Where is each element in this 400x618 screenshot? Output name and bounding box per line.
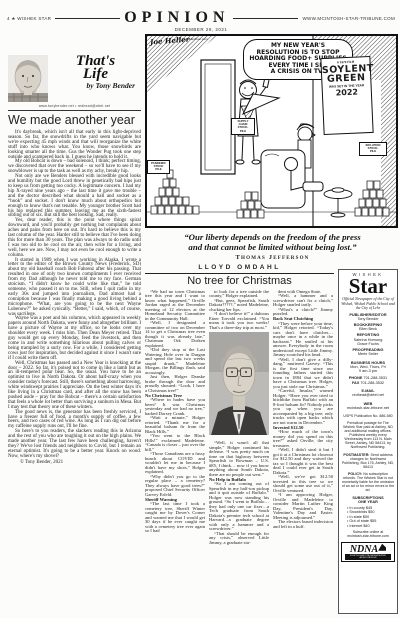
article-paragraph: “Did they stop at the Last Watering Hole… (145, 348, 205, 375)
fax-label: FAX (352, 381, 359, 385)
subscriptions-heading: SUBSCRIPTIONS ONE YEAR (341, 496, 395, 504)
column-headline: We made another year (8, 114, 141, 127)
article-paragraph: Just then, Holger Danske broke through t… (145, 375, 205, 393)
article-paragraph: “Why didn't you go to the regular place … (145, 475, 205, 498)
sign-line: PILE (361, 150, 385, 153)
column-byline: by Tony Bender (50, 82, 141, 90)
article-paragraph: “Well, I didn't steal it but I got it at… (273, 448, 333, 475)
column-body: It's daybreak, which isn't all that earl… (8, 131, 141, 460)
column-copyright: © Tony Bender, 2021 (8, 460, 141, 466)
article-paragraph: “They were before your time, kid,” Holge… (273, 322, 333, 358)
article-author: LLOYD OMDAHL (145, 264, 334, 271)
sidebar-staff-line: Tony Bender (341, 317, 395, 321)
periodical-notice: Periodical postage for The Wishek Star p… (341, 421, 395, 449)
lloyd-omdahl-photo (209, 332, 269, 435)
subscription-rates: In county $45Snowbirds $50In state $50Ou… (341, 506, 395, 529)
website-url: WWW.MCINTOSH-STAR-TRIBUNE.COM (302, 16, 395, 21)
thats-life-column: That's Life by Tony Bender www.tonybende… (8, 55, 141, 615)
column-paragraph: It started in 1989 when I was working in… (8, 259, 141, 318)
ndna-flag-icon (378, 544, 386, 551)
sidebar-staff-line: Grace Fuchs (341, 342, 395, 346)
header-rule-right (233, 18, 298, 19)
article-paragraph: “How much of the town's money did you sp… (273, 430, 333, 448)
issue-date: DECEMBER 29, 2021 (7, 27, 395, 32)
column-paragraph: Yes, dear reader, this is the point wher… (8, 219, 141, 258)
newspaper-info-box: WISHEK Star Official Newspaper of the Ci… (338, 269, 398, 614)
masthead-rule (8, 110, 141, 111)
business-hours-time: 9 am-3 pm (341, 369, 395, 373)
article-column-3: dent with Omega State.“Well, a hammer an… (273, 290, 333, 546)
article-column-2: to look for a tree outside the county,” … (209, 290, 269, 546)
article-rule (145, 273, 334, 274)
editorial-cartoon: Joe Heller ©Joe HellerToon.com MY NEW YE… (145, 34, 398, 228)
column-title-line2: Life (50, 68, 141, 81)
poster-title-line2: GREEN (322, 73, 370, 84)
article-column-2a: to look for a tree outside the county,” … (209, 290, 269, 331)
soylent-green-poster: A 1973 FILM SOYLENT GREEN WAS SET IN THE… (320, 56, 373, 135)
web-address: mcintosh-star-tribune.net (341, 406, 395, 410)
sign-line: PILE (233, 130, 253, 133)
tony-bender-photo (8, 55, 48, 102)
sidebar-official-text: Official Newspaper of the City of Wishek… (341, 297, 395, 310)
inflation-stockpile-sign: INFLATION STOCK- PILE (359, 142, 387, 156)
article-paragraph: “Well, I don't give a dilly-dang,” mutte… (273, 358, 333, 390)
article-paragraph: “That should be enough for any crisis,” … (209, 532, 269, 546)
masthead-quote: “Our liberty depends on the freedom of t… (147, 233, 398, 261)
sign-line: PILE (149, 168, 168, 171)
ndna-wordmark: NDNA (350, 544, 378, 555)
page-header: 4 ★ WISHEK STAR OPINION WWW.MCINTOSH-STA… (7, 10, 395, 32)
column-paragraph: It's daybreak, which isn't all that earl… (8, 131, 141, 160)
quote-attribution: Thomas Jefferson (147, 254, 398, 261)
usps-line: USPS Publication No. 886-580 (341, 414, 395, 418)
article-paragraph: “Well, a hammer and a screwdriver can't … (273, 294, 333, 308)
article-paragraph: The electors bused indecision and left i… (273, 520, 333, 529)
article-column-2b: “Well, it wasn't all that simple,” Holge… (209, 441, 269, 545)
sidebar-star-logo: Star (341, 277, 395, 295)
ndna-caption: NORTH DAKOTA NEWSPAPER ASSOCIATION (345, 554, 391, 560)
article-paragraph: “Careful, Insular,” warned Holger. “Have… (273, 389, 333, 425)
author-contact-line: www.tonybender.net • redhead@drtel.net (8, 104, 141, 108)
article-headline: No tree for Christmas (145, 275, 334, 287)
header-rule-left (55, 18, 120, 19)
email-address: redhead@drtel.net (341, 393, 395, 397)
article-paragraph: “I am approving Holger, Orville and Made… (273, 493, 333, 520)
column-paragraph: The good news is, the generator has been… (8, 411, 141, 431)
column-paragraph: Wayne was a poet and his columns, which … (8, 317, 141, 361)
sidebar-staff-line: Ellen Beck (341, 327, 395, 331)
subscribe-online-url: mcintosh-star-tribune.com (341, 534, 395, 538)
article-paragraph: “So I am coming out of Spearfish in my h… (209, 482, 269, 532)
article-paragraph: “We had no town Christmas tree this year… (145, 290, 205, 322)
ndna-logo: NDNA NORTH DAKOTA NEWSPAPER ASSOCIATION (341, 542, 395, 563)
sidebar-staff-list: PUBLISHER/EDITORTony BenderBOOKKEEPINGEl… (341, 313, 395, 357)
article-paragraph: “The last time I took a cemetery tree, S… (145, 502, 205, 534)
section-title: OPINION (124, 10, 229, 26)
policy-notice: POLICY: No subscription refunds. The Wis… (341, 472, 395, 492)
pandemic-stockpile-sign: PANDEMIC STOCK PILE (147, 160, 170, 174)
article-column-1: “We had no town Christmas tree this year… (145, 290, 205, 546)
quote-line2: and that cannot be limited without being… (147, 243, 398, 253)
column-paragraph: Well, Christmas has passed and a New Yea… (8, 362, 141, 411)
column-paragraph: So here's to you readers, the slackers r… (8, 430, 141, 459)
postmaster-notice: POSTMASTER: Send address changes to: Nor… (341, 453, 395, 469)
subscription-rate-item: Internet $40 (347, 524, 395, 529)
fax-line: FAX 701-288-3532 (341, 381, 395, 385)
subscriptions-heading-line2: ONE YEAR (341, 500, 395, 504)
newspaper-opinion-page: 4 ★ WISHEK STAR OPINION WWW.MCINTOSH-STA… (0, 0, 400, 618)
supply-chain-stockpile-sign: SUPPLY CHAIN STOCK- PILE (231, 118, 255, 135)
article-paragraph: “I don't believe it!” a dubious Einer To… (209, 312, 269, 330)
article-paragraph: “Wait a minute,” Holger retorted. “Thank… (145, 416, 205, 434)
column-paragraph: My old Bobcat is down – bad solenoid, I … (8, 160, 141, 175)
article-paragraph: “Well, we've got $12.50 invested in this… (273, 475, 333, 493)
article-paragraph: “You went to the Black Hills!” exclaimed… (145, 434, 205, 452)
fax-number: 701-288-3532 (360, 381, 384, 385)
column-masthead: That's Life by Tony Bender (8, 55, 141, 102)
article-paragraph: “Well, it wasn't all that simple,” Holge… (209, 441, 269, 477)
cartoon-credit: ©Joe HellerToon.com (179, 38, 208, 41)
page-number-label: 4 ★ WISHEK STAR (7, 16, 51, 21)
sidebar-staff-line: Merle Seiler (341, 352, 395, 356)
omdahl-article: LLOYD OMDAHL No tree for Christmas “We h… (145, 264, 334, 614)
article-paragraph: “But, geez, Spearfish, South Dakota?????… (209, 299, 269, 313)
article-paragraph: “Where in hades have you been? It was Ch… (145, 398, 205, 416)
article-paragraph: “Those Canadians are a fussy bunch about… (145, 452, 205, 475)
column-paragraph: Not only are we Benders blessed with inc… (8, 175, 141, 219)
article-paragraph: “Well, I designated a committee of two o… (145, 321, 205, 348)
